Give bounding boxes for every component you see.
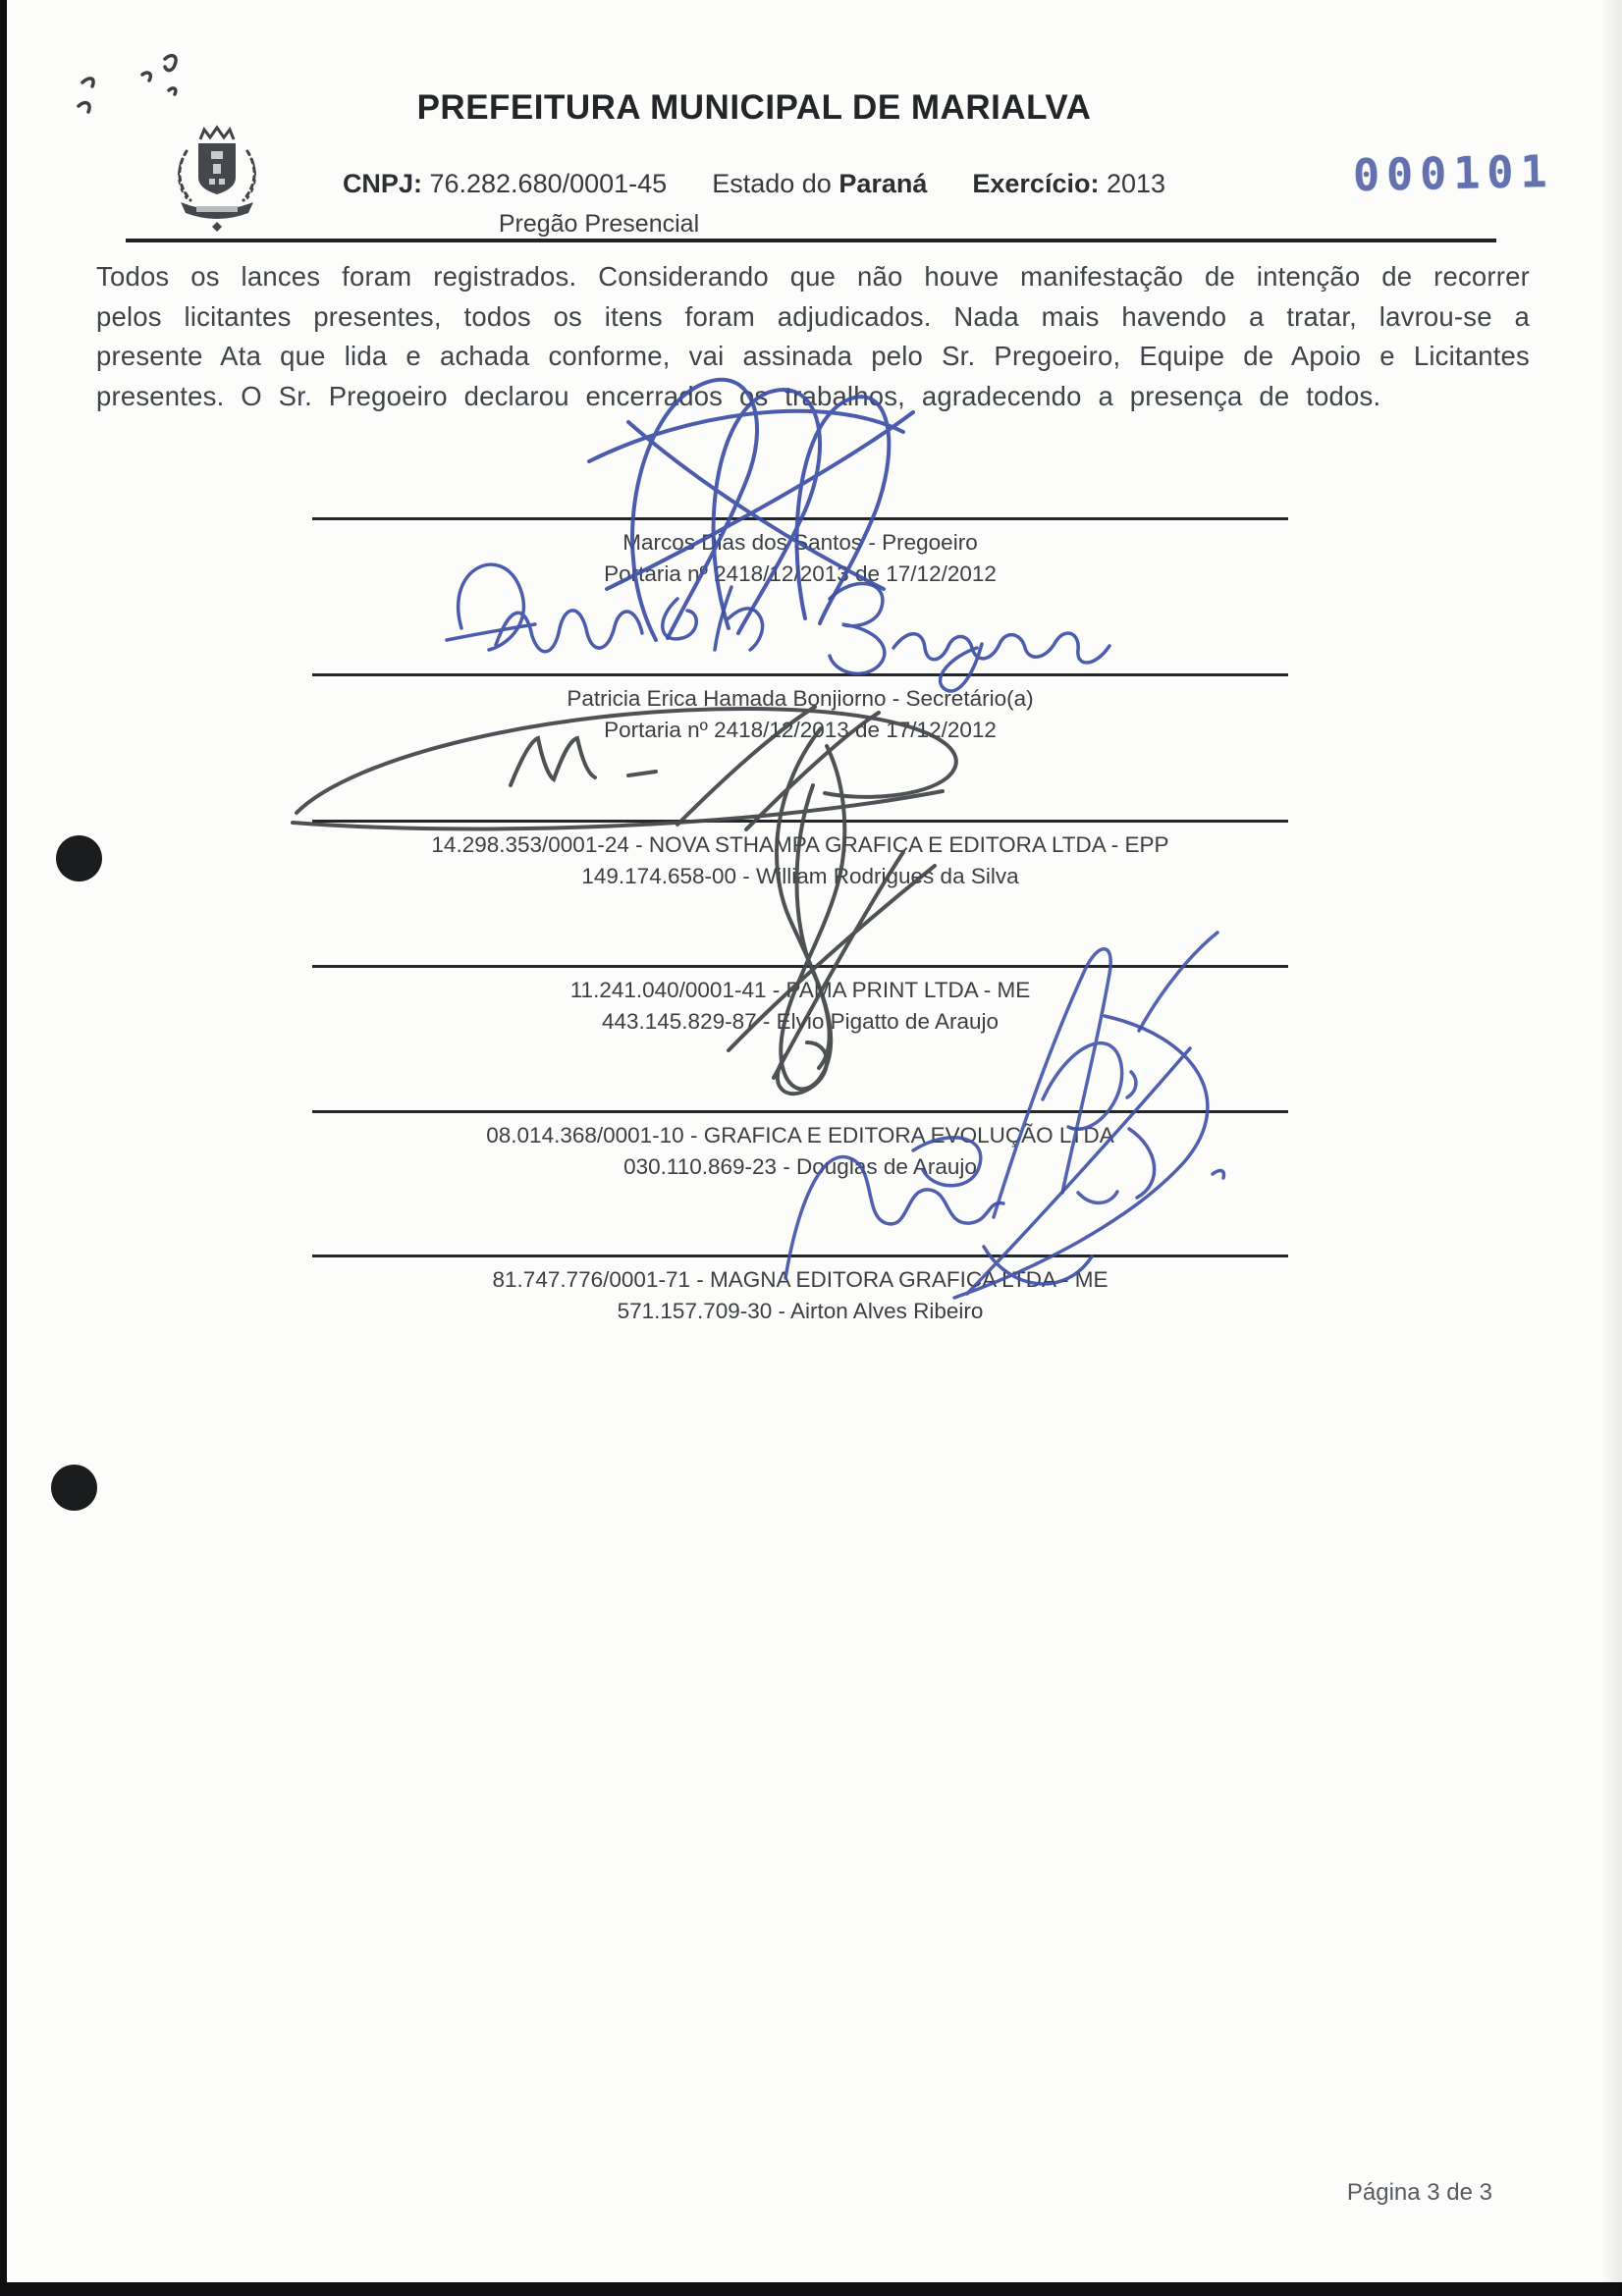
signatory-name: 11.241.040/0001-41 - PAMA PRINT LTDA - M… xyxy=(312,975,1288,1006)
signature-caption: Patricia Erica Hamada Bonjiorno - Secret… xyxy=(312,676,1288,746)
signature-caption: 81.747.776/0001-71 - MAGNA EDITORA GRAFI… xyxy=(312,1257,1288,1327)
document-type: Pregão Presencial xyxy=(324,210,874,239)
scan-edge-left xyxy=(0,0,7,2296)
state-value: Paraná xyxy=(838,169,927,198)
signatory-name: Marcos Dias dos Santos - Pregoeiro xyxy=(312,527,1288,559)
signatory-detail: 443.145.829-87 - Elvio Pigatto de Araujo xyxy=(312,1006,1288,1038)
signature-ink-marcos xyxy=(589,380,913,640)
punch-hole xyxy=(51,1465,97,1511)
cnpj-label: CNPJ: xyxy=(343,169,422,198)
scan-edge-right-shade xyxy=(1600,0,1622,2296)
exercise-value: 2013 xyxy=(1107,169,1165,198)
signature-block: Patricia Erica Hamada Bonjiorno - Secret… xyxy=(312,673,1288,746)
state-field: Estado do Paraná xyxy=(712,169,927,199)
signatory-name: 08.014.368/0001-10 - GRAFICA E EDITORA E… xyxy=(312,1120,1288,1151)
page-footer: Página 3 de 3 xyxy=(1178,2179,1492,2207)
signatory-detail: Portaria nº 2418/12/2013 de 17/12/2012 xyxy=(312,559,1288,590)
signatory-detail: 571.157.709-30 - Airton Alves Ribeiro xyxy=(312,1296,1288,1327)
page-number-stamp: 000101 xyxy=(1352,145,1554,201)
cnpj-field: CNPJ: 76.282.680/0001-45 xyxy=(343,169,667,199)
signature-block: 08.014.368/0001-10 - GRAFICA E EDITORA E… xyxy=(312,1110,1288,1183)
signature-block: 11.241.040/0001-41 - PAMA PRINT LTDA - M… xyxy=(312,965,1288,1038)
signature-caption: Marcos Dias dos Santos - Pregoeiro Porta… xyxy=(312,520,1288,590)
signatory-detail: 149.174.658-00 - William Rodrigues da Si… xyxy=(312,861,1288,892)
exercise-field: Exercício: 2013 xyxy=(972,169,1165,199)
signature-block: Marcos Dias dos Santos - Pregoeiro Porta… xyxy=(312,517,1288,590)
exercise-label: Exercício: xyxy=(972,169,1099,198)
signature-caption: 11.241.040/0001-41 - PAMA PRINT LTDA - M… xyxy=(312,968,1288,1038)
signatory-name: 14.298.353/0001-24 - NOVA STHAMPA GRAFIC… xyxy=(312,829,1288,861)
signatory-name: 81.747.776/0001-71 - MAGNA EDITORA GRAFI… xyxy=(312,1264,1288,1296)
signature-block: 14.298.353/0001-24 - NOVA STHAMPA GRAFIC… xyxy=(312,820,1288,892)
minutes-paragraph: Todos os lances foram registrados. Consi… xyxy=(96,257,1530,416)
state-label: Estado do xyxy=(712,169,832,198)
signatory-detail: 030.110.869-23 - Douglas de Araujo xyxy=(312,1151,1288,1183)
signature-caption: 08.014.368/0001-10 - GRAFICA E EDITORA E… xyxy=(312,1113,1288,1183)
signature-block: 81.747.776/0001-71 - MAGNA EDITORA GRAFI… xyxy=(312,1255,1288,1327)
scanned-document-page: PREFEITURA MUNICIPAL DE MARIALVA CNPJ: 7… xyxy=(0,0,1622,2296)
punch-hole xyxy=(56,835,102,881)
signatory-detail: Portaria nº 2418/12/2013 de 17/12/2012 xyxy=(312,715,1288,746)
header-info-line: CNPJ: 76.282.680/0001-45 Estado do Paran… xyxy=(0,169,1508,199)
page-title: PREFEITURA MUNICIPAL DE MARIALVA xyxy=(0,88,1508,128)
header-divider xyxy=(126,239,1496,242)
signature-caption: 14.298.353/0001-24 - NOVA STHAMPA GRAFIC… xyxy=(312,823,1288,892)
signatory-name: Patricia Erica Hamada Bonjiorno - Secret… xyxy=(312,683,1288,715)
cnpj-value: 76.282.680/0001-45 xyxy=(429,169,667,198)
scan-edge-bottom xyxy=(0,2282,1622,2296)
